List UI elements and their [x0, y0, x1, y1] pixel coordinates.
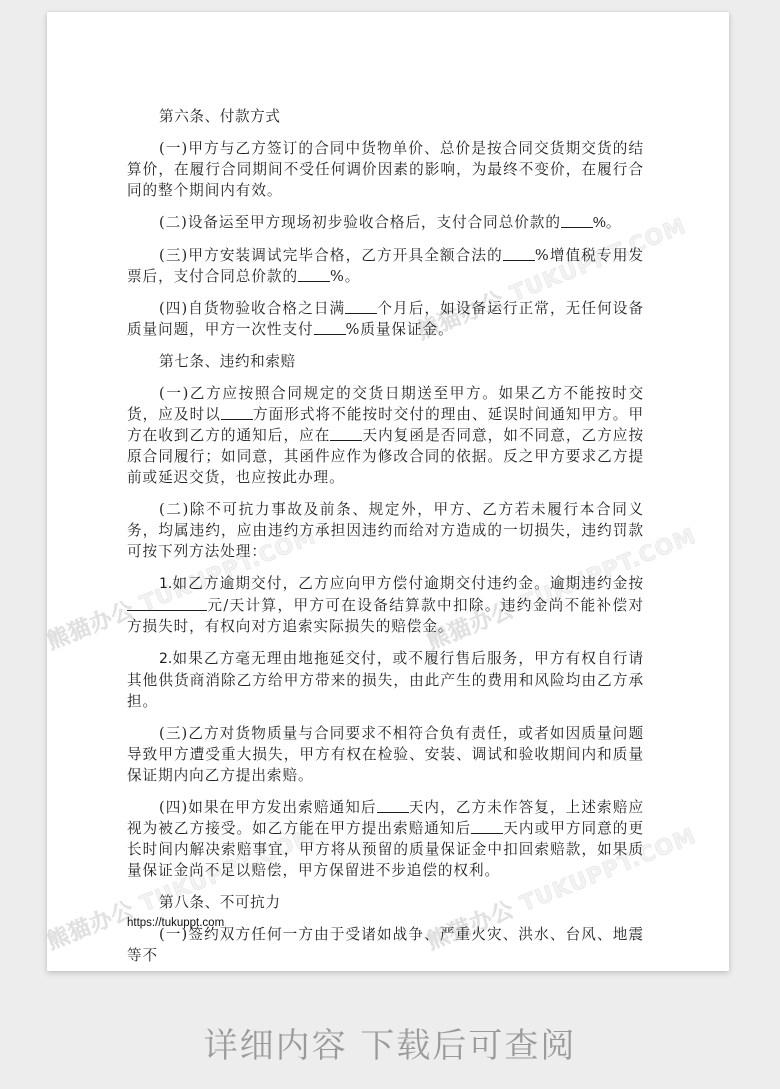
document-body: 第六条、付款方式 (一)甲方与乙方签订的合同中货物单价、总价是按合同交货期交货的…: [127, 106, 644, 971]
footer-url[interactable]: https://tukuppt.com: [127, 917, 224, 929]
paragraph-7-2: (二)除不可抗力事故及前条、规定外，甲方、乙方若未履行本合同义务，均属违约，应由…: [127, 499, 644, 562]
blank-field: [330, 426, 362, 441]
paragraph-7-4: (四)如果在甲方发出索赔通知后天内，乙方未作答复，上述索赔应视为被乙方接受。如乙…: [127, 797, 644, 881]
paragraph-7-2-1: 1.如乙方逾期交付，乙方应向甲方偿付逾期交付违约金。逾期违约金按元/天计算，甲方…: [127, 573, 644, 637]
blank-field: [127, 596, 207, 611]
paragraph-7-1: (一)乙方应按照合同规定的交货日期送至甲方。如果乙方不能按时交货，应及时以方面形…: [127, 383, 644, 488]
section-heading-6: 第六条、付款方式: [127, 106, 644, 127]
paragraph-6-4: (四)自货物验收合格之日满个月后，如设备运行正常，无任何设备质量问题，甲方一次性…: [127, 298, 644, 340]
paragraph-6-3: (三)甲方安装调试完毕合格，乙方开具全额合法的%增值税专用发票后，支付合同总价款…: [127, 245, 644, 287]
paragraph-6-1: (一)甲方与乙方签订的合同中货物单价、总价是按合同交货期交货的结算价，在履行合同…: [127, 138, 644, 201]
blank-field: [503, 246, 535, 261]
blank-field: [471, 819, 503, 834]
blank-field: [314, 320, 346, 335]
blank-field: [298, 267, 330, 282]
blank-field: [377, 798, 409, 813]
paragraph-7-3: (三)乙方对货物质量与合同要求不相符合负有责任，或者如因质量问题导致甲方遭受重大…: [127, 723, 644, 786]
blank-field: [345, 299, 377, 314]
section-heading-8: 第八条、不可抗力: [127, 892, 644, 913]
blank-field: [561, 213, 593, 228]
paragraph-7-2-2: 2.如果乙方毫无理由地拖延交付，或不履行售后服务，甲方有权自行请其他供货商消除乙…: [127, 648, 644, 712]
section-heading-7: 第七条、违约和索赔: [127, 351, 644, 372]
blank-field: [221, 405, 253, 420]
paragraph-6-2: (二)设备运至甲方现场初步验收合格后，支付合同总价款的%。: [127, 212, 644, 234]
download-caption: 详细内容 下载后可查阅: [0, 1018, 780, 1067]
paragraph-8-1: (一)签约双方任何一方由于受诸如战争、严重火灾、洪水、台风、地震等不: [127, 924, 644, 966]
document-page: 熊猫办公 TUKUPPT.COM 熊猫办公 TUKUPPT.COM 熊猫办公 T…: [47, 12, 729, 971]
